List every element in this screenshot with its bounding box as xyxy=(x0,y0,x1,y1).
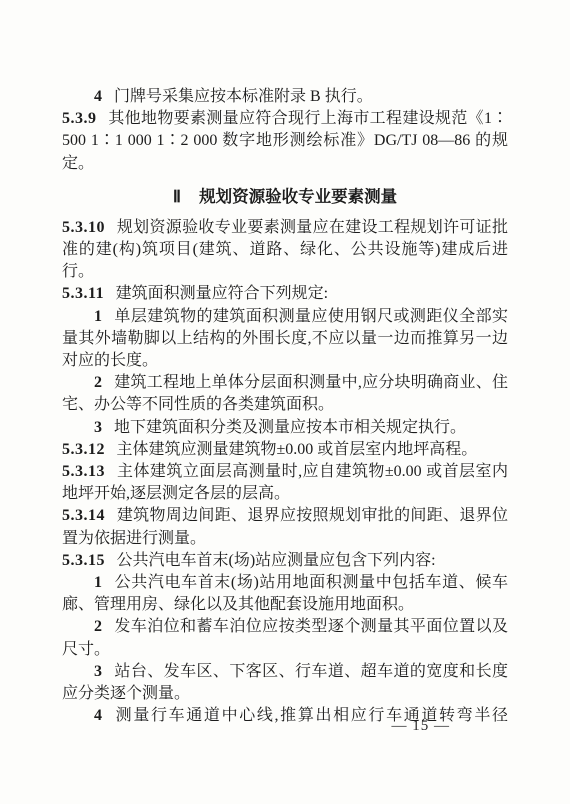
list-item: 3站台、发车区、下客区、行车道、超车道的宽度和长度应分类逐个测量。 xyxy=(62,661,508,705)
item-number: 4 xyxy=(94,88,103,105)
clause-5-3-12: 5.3.12主体建筑应测量建筑物±0.00 或首层室内地坪高程。 xyxy=(62,439,508,461)
clause-5-3-11: 5.3.11建筑面积测量应符合下列规定: xyxy=(62,283,508,305)
clause-5-3-9: 5.3.9其他地物要素测量应符合现行上海市工程建设规范《1∶500 1∶1 00… xyxy=(62,108,508,175)
list-item: 1公共汽电车首末(场)站用地面积测量中包括车道、候车廊、管理用房、绿化以及其他配… xyxy=(62,572,508,616)
clause-5-3-14: 5.3.14建筑物周边间距、退界应按照规划审批的间距、退界位置为依据进行测量。 xyxy=(62,505,508,549)
clause-5-3-15: 5.3.15公共汽电车首末(场)站应测量应包含下列内容: xyxy=(62,550,508,572)
item-text: 地下建筑面积分类及测量应按本市相关规定执行。 xyxy=(114,419,466,436)
clause-number: 5.3.13 xyxy=(62,463,105,480)
clause-text: 建筑面积测量应符合下列规定: xyxy=(116,285,328,302)
item-text: 站台、发车区、下客区、行车道、超车道的宽度和长度应分类逐个测量。 xyxy=(62,663,508,702)
clause-text: 主体建筑应测量建筑物±0.00 或首层室内地坪高程。 xyxy=(117,441,478,458)
item-number: 3 xyxy=(94,663,103,680)
clause-text: 建筑物周边间距、退界应按照规划审批的间距、退界位置为依据进行测量。 xyxy=(62,507,508,546)
item-text: 公共汽电车首末(场)站用地面积测量中包括车道、候车廊、管理用房、绿化以及其他配套… xyxy=(62,574,508,613)
clause-number: 5.3.14 xyxy=(62,507,105,524)
clause-number: 5.3.12 xyxy=(62,441,105,458)
clause-text: 其他地物要素测量应符合现行上海市工程建设规范《1∶500 1∶1 000 1∶2… xyxy=(62,110,508,171)
clause-number: 5.3.10 xyxy=(62,219,105,236)
page-number: — 15 — xyxy=(392,716,451,736)
item-number: 1 xyxy=(94,574,103,591)
clause-text: 规划资源验收专业要素测量应在建设工程规划许可证批准的建(构)筑项目(建筑、道路、… xyxy=(62,219,508,280)
item-number: 2 xyxy=(94,618,103,635)
document-page: 4门牌号采集应按本标准附录 B 执行。 5.3.9其他地物要素测量应符合现行上海… xyxy=(0,0,570,804)
list-item: 4门牌号采集应按本标准附录 B 执行。 xyxy=(62,86,508,108)
list-item: 2建筑工程地上单体分层面积测量中,应分块明确商业、住宅、办公等不同性质的各类建筑… xyxy=(62,372,508,416)
section-title: 规划资源验收专业要素测量 xyxy=(199,187,397,206)
section-heading: Ⅱ规划资源验收专业要素测量 xyxy=(62,186,508,208)
clause-number: 5.3.15 xyxy=(62,552,105,569)
clause-5-3-10: 5.3.10规划资源验收专业要素测量应在建设工程规划许可证批准的建(构)筑项目(… xyxy=(62,217,508,284)
clause-number: 5.3.9 xyxy=(62,110,97,127)
list-item: 3地下建筑面积分类及测量应按本市相关规定执行。 xyxy=(62,417,508,439)
list-item: 2发车泊位和蓄车泊位应按类型逐个测量其平面位置以及尺寸。 xyxy=(62,616,508,660)
item-text: 单层建筑物的建筑面积测量应使用钢尺或测距仪全部实量其外墙勒脚以上结构的外围长度,… xyxy=(62,308,508,369)
item-number: 4 xyxy=(94,707,103,724)
document-body: 4门牌号采集应按本标准附录 B 执行。 5.3.9其他地物要素测量应符合现行上海… xyxy=(62,86,508,727)
section-numeral: Ⅱ xyxy=(173,187,181,206)
item-text: 门牌号采集应按本标准附录 B 执行。 xyxy=(114,88,373,105)
item-text: 发车泊位和蓄车泊位应按类型逐个测量其平面位置以及尺寸。 xyxy=(62,618,508,657)
clause-number: 5.3.11 xyxy=(62,285,104,302)
item-text: 建筑工程地上单体分层面积测量中,应分块明确商业、住宅、办公等不同性质的各类建筑面… xyxy=(62,374,508,413)
clause-text: 公共汽电车首末(场)站应测量应包含下列内容: xyxy=(117,552,436,569)
clause-5-3-13: 5.3.13主体建筑立面层高测量时,应自建筑物±0.00 或首层室内地坪开始,逐… xyxy=(62,461,508,505)
item-number: 1 xyxy=(94,308,103,325)
clause-text: 主体建筑立面层高测量时,应自建筑物±0.00 或首层室内地坪开始,逐层测定各层的… xyxy=(62,463,508,502)
item-number: 2 xyxy=(94,374,103,391)
list-item: 1单层建筑物的建筑面积测量应使用钢尺或测距仪全部实量其外墙勒脚以上结构的外围长度… xyxy=(62,306,508,373)
item-number: 3 xyxy=(94,419,103,436)
